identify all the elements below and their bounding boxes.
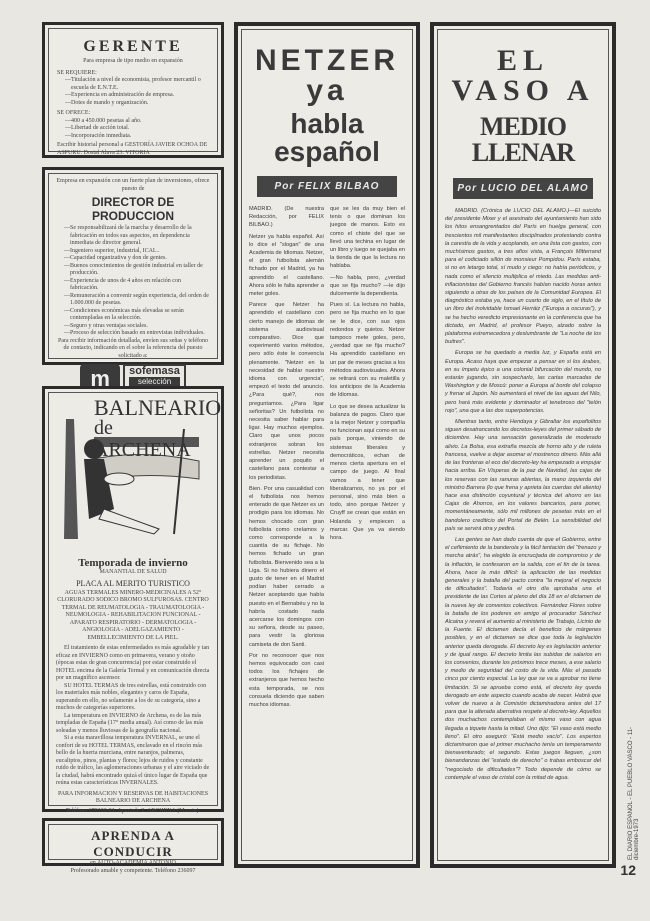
sofemasa-name: sofemasa [129,366,180,377]
netzer-column-2: que se les da muy bien el tenis o que do… [330,205,405,712]
netzer-byline: Por FELIX BILBAO [257,176,397,197]
ad-director-item: —Ingeniero superior, industrial, ICAI... [56,248,210,256]
ad-aprenda-conducir: APRENDA A CONDUCIR en AUTO-ACADEMIA ANTO… [42,818,224,866]
paragraph: Netzer ya habla español. Así lo dice el … [249,233,324,299]
sofemasa-sub: selección [129,377,180,386]
ad-director-item: —Buenos conocimientos de gestión industr… [56,263,210,278]
ad-gerente-title: GERENTE [57,38,209,56]
balneario-phone: Teléfono 670100-01. Apartado 2. ARCHENA … [56,808,210,816]
balneario-para: La temperatura en INVIERNO de Archena, e… [56,713,210,736]
requirement: —Experiencia en administración de empres… [57,92,209,100]
ad-gerente: GERENTE Para empresa de tipo medio en ex… [42,22,224,158]
paragraph: Las gentes se han dado cuenta de que el … [445,536,601,782]
ad-director-item: —Remuneración a convenir según experienc… [56,293,210,308]
paragraph: Por no reconocer que nos hemos equivocad… [249,652,324,709]
paragraph: MADRID. (De nuestra Redacción, por FELIX… [249,205,324,230]
article-vaso-medio-llenar: EL VASO A MEDIO LLENAR Por LUCIO DEL ALA… [430,22,616,868]
balneario-title-1: BALNEARIO [94,397,221,419]
ad-gerente-contact: Escribir historial personal a GESTORÍA J… [57,142,209,157]
ad-director-item: —Se responsabilizará de la marcha y desa… [56,225,210,248]
requires-label: SE REQUIERE: [57,70,209,78]
netzer-headline-2: habla español [249,110,405,166]
vaso-headline-2: MEDIO LLENAR [445,114,601,166]
balneario-info: PARA INFORMACION Y RESERVAS DE HABITACIO… [56,791,210,806]
vaso-body: MADRID. (Crónica de LUCIO DEL ALAMO.)—El… [445,207,601,782]
netzer-column-1: MADRID. (De nuestra Redacción, por FELIX… [249,205,324,712]
ad-director-item: —Condiciones económicas más elevadas se … [56,308,210,323]
paragraph: Lo que se desea actualizar la balanza de… [330,403,405,542]
paragraph: Europa se ha quedado a media luz, y Espa… [445,349,601,415]
requirement: —Titulación a nivel de economista, profe… [57,77,209,92]
ad-director-item: —Seguro y otras ventajas sociales. [56,323,210,331]
requirement: —Dotes de mando y organización. [57,100,209,108]
page-number: 12 [620,862,636,878]
balneario-services: AGUAS TERMALES MINERO-MEDICINALES A 52° … [56,590,210,643]
offer: —Libertad de acción total. [57,125,209,133]
paragraph: Pues sí. La lectura no habla, pero se fi… [330,301,405,399]
ad-director-intro: Empresa en expansión con un fuerte plan … [56,178,210,193]
ad-director-item: —Capacidad organizativa y don de gentes. [56,255,210,263]
ad-balneario-archena: BALNEARIO de ARCHENA Temporada de invier… [42,386,224,812]
paragraph: que se les da muy bien el tenis o que do… [330,205,405,271]
balneario-para: El tratamiento de estas enfermedades es … [56,645,210,683]
balneario-para: Si a esta maravillosa temperatura INVERN… [56,735,210,788]
offer: —400 a 450.000 pesetas al año. [57,118,209,126]
paragraph: Parece que Netzer ha aprendido el castel… [249,301,324,481]
article-netzer: NETZER ya habla español Por FELIX BILBAO… [234,22,420,868]
balneario-spring: MANANTIAL DE SALUD [56,569,210,577]
ad-gerente-subtitle: Para empresa de tipo medio en expansión [57,58,209,66]
offer: —Incorporación inmediata. [57,133,209,141]
ad-director-closing: Para recibir información detallada, enví… [56,338,210,361]
balneario-season: Temporada de invierno [56,557,210,569]
ad-director-title: DIRECTOR DE PRODUCCION [56,195,210,223]
ad-director-item: —Proceso de selección basado en entrevis… [56,330,210,338]
balneario-para: SU HOTEL TERMAS de tres estrellas, está … [56,683,210,713]
ad-director-item: —Experiencia de unos de 4 años en relaci… [56,278,210,293]
paragraph: Mientras tanto, entre Hendaya y Gibralta… [445,418,601,533]
conducir-title: APRENDA A CONDUCIR [55,828,211,860]
conducir-subtitle: en AUTO-ACADEMIA ANTONIO [55,860,211,868]
ad-director-produccion: Empresa en expansión con un fuerte plan … [42,167,224,365]
vaso-byline: Por LUCIO DEL ALAMO [453,178,593,199]
vaso-headline-1: EL VASO A [445,46,601,106]
paragraph: —No habla, pero, ¿verdad que se fija muc… [330,274,405,299]
balneario-title-2: de ARCHENA [94,417,210,461]
offers-label: SE OFRECE: [57,110,209,118]
balneario-award: PLACA AL MERITO TURISTICO [56,579,210,588]
margin-vertical-text: EL DIARIO ESPAÑOL - EL PUEBLO VASCO - 11… [628,710,640,860]
paragraph: MADRID. (Crónica de LUCIO DEL ALAMO.)—El… [445,207,601,346]
conducir-details: Profesorado amable y competente. Teléfon… [55,868,211,876]
netzer-headline-1: NETZER ya [249,46,405,106]
paragraph: Bien. Por una casualidad con el futbolis… [249,485,324,649]
